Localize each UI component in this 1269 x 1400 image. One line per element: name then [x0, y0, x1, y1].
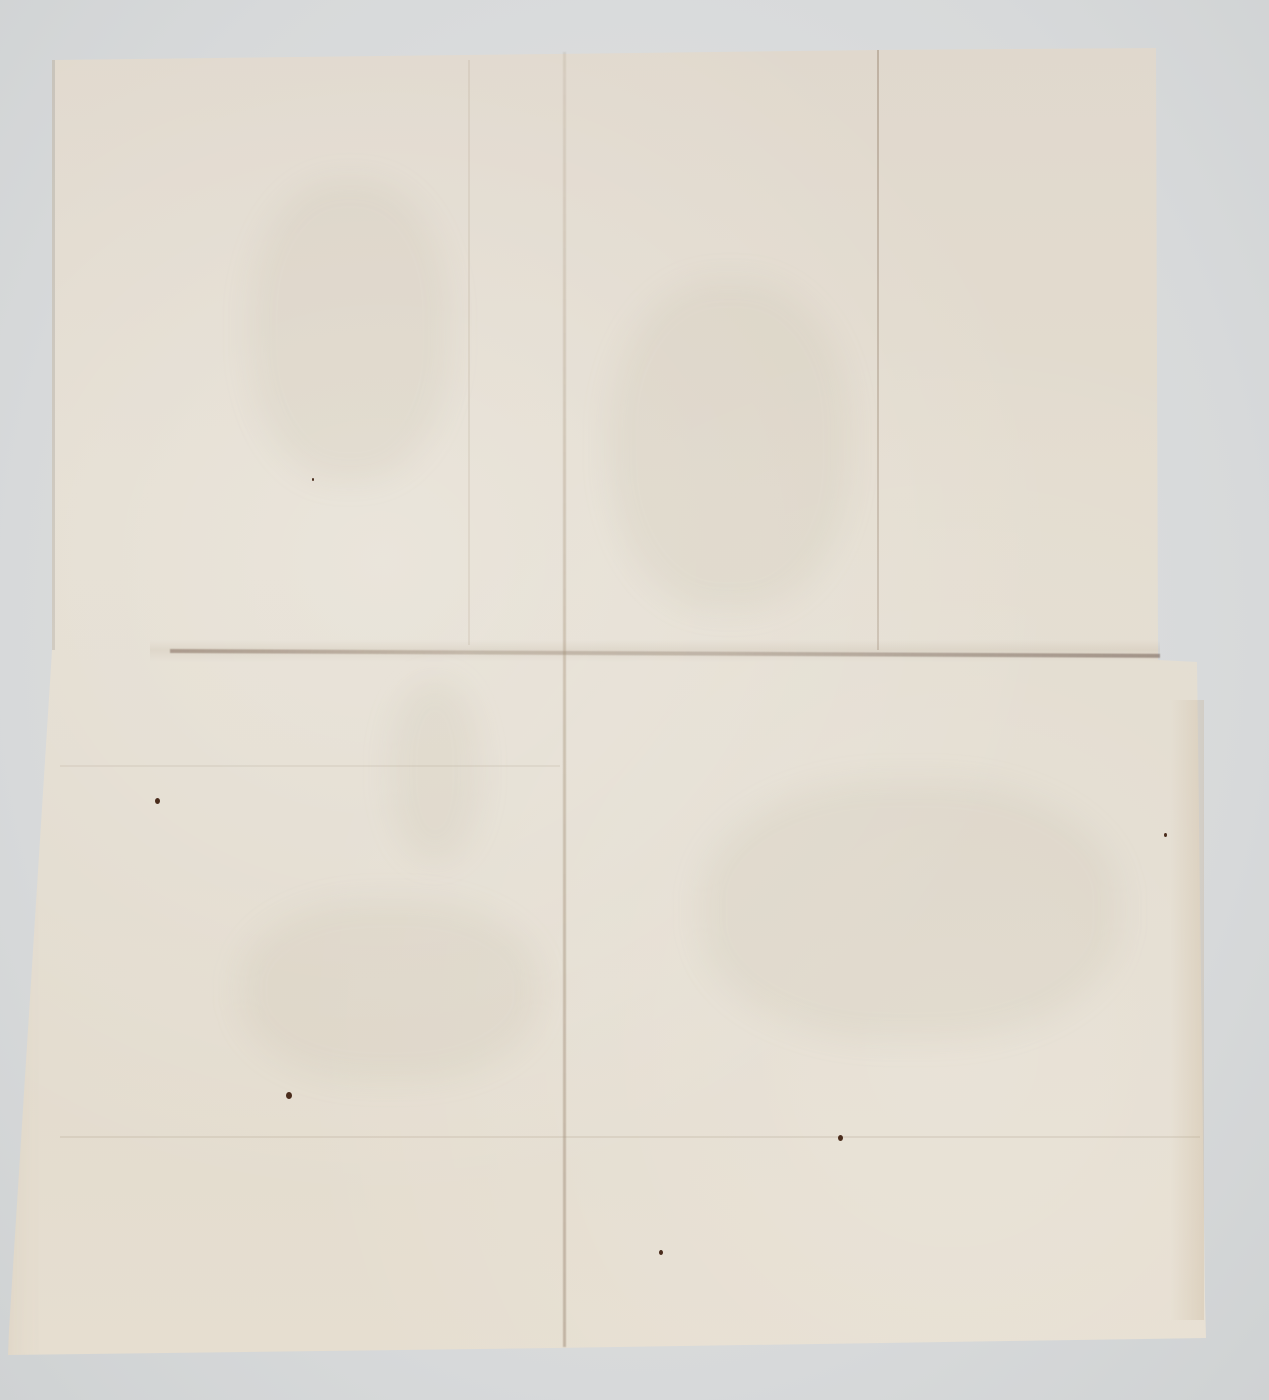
edge-discoloration: [1170, 700, 1204, 1320]
paper-sheet: [0, 0, 1269, 1400]
faint-horizontal-fold: [60, 765, 560, 767]
bleed-through-mark: [610, 280, 850, 610]
foxing-spot: [312, 478, 314, 481]
faint-horizontal-fold: [60, 1136, 1200, 1138]
foxing-spot: [286, 1092, 292, 1099]
bleed-through-mark: [240, 900, 540, 1080]
vertical-fold-crease: [563, 52, 566, 1347]
foxing-spot: [1164, 833, 1167, 837]
paper-left-edge: [52, 60, 55, 650]
vertical-sheet-edge: [877, 50, 879, 650]
foxing-spot: [659, 1250, 663, 1255]
foxing-spot: [838, 1135, 843, 1141]
foxing-spot: [155, 798, 160, 804]
faint-vertical-fold: [468, 60, 470, 645]
bleed-through-mark: [700, 780, 1120, 1040]
bleed-through-mark: [390, 680, 480, 860]
bleed-through-mark: [250, 180, 450, 480]
